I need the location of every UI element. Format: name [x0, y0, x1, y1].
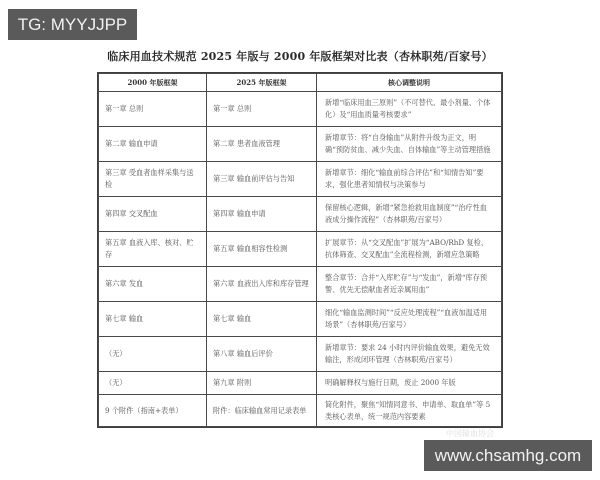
table-row: 第五章 血液入库、核对、贮存 第五章 输血相容性检测 扩展章节：从“交叉配血”扩…	[99, 232, 502, 267]
header-2000-framework: 2000 年版框架	[99, 74, 207, 92]
table-row: 第七章 输血 第七章 输血 细化“输血监测时间”“反应处理流程”“血液加温适用场…	[99, 302, 502, 337]
cell-2025: 第五章 输血相容性检测	[207, 232, 317, 267]
table-header-row: 2000 年版框架 2025 年版框架 核心调整说明	[99, 74, 502, 92]
header-core-adjustments: 核心调整说明	[317, 74, 502, 92]
watermark-badge-top: TG: MYYJJPP	[8, 9, 137, 40]
cell-2000: 第六章 发血	[99, 267, 207, 302]
cell-2000: （无）	[99, 372, 207, 395]
table-row: 第二章 输血申请 第二章 患者血液管理 新增章节：将“自身输血”从附件升级为正文…	[99, 127, 502, 162]
cell-2000: （无）	[99, 337, 207, 372]
cell-2000: 第七章 输血	[99, 302, 207, 337]
cell-2000: 9 个附件（指南+表单）	[99, 395, 207, 427]
header-2025-framework: 2025 年版框架	[207, 74, 317, 92]
cell-2025: 第四章 输血申请	[207, 197, 317, 232]
cell-note: 简化附件，聚焦“知情同意书、申请单、取血单”等 5 类核心表单，统一规范内容要素	[317, 395, 502, 427]
cell-2025: 第九章 附则	[207, 372, 317, 395]
cell-2000: 第三章 受血者血样采集与送检	[99, 162, 207, 197]
table-row: 第四章 交叉配血 第四章 输血申请 保留核心逻辑，新增“紧急抢救用血制度”“治疗…	[99, 197, 502, 232]
table-row: （无） 第八章 输血后评价 新增章节：要求 24 小时内评价输血效果，避免无效输…	[99, 337, 502, 372]
cell-note: 新增章节：细化“输血前综合评估”和“知情告知”要求，强化患者知情权与决策参与	[317, 162, 502, 197]
table-row: 第六章 发血 第六章 血液出入库和库存管理 整合章节：合并“入库贮存”与“发血”…	[99, 267, 502, 302]
cell-2025: 第六章 血液出入库和库存管理	[207, 267, 317, 302]
cell-2025: 第一章 总则	[207, 92, 317, 127]
cell-note: 新增章节：要求 24 小时内评价输血效果，避免无效输注，形成闭环管理（杏林职苑/…	[317, 337, 502, 372]
cell-2025: 第三章 输血前评估与告知	[207, 162, 317, 197]
cell-note: 整合章节：合并“入库贮存”与“发血”，新增“库存预警、优先无偿献血者近亲属用血”	[317, 267, 502, 302]
table-row: 第一章 总则 第一章 总则 新增“临床用血三原则”（不可替代、最小剂量、个体化）…	[99, 92, 502, 127]
cell-2000: 第四章 交叉配血	[99, 197, 207, 232]
cell-2000: 第二章 输血申请	[99, 127, 207, 162]
cell-2025: 第八章 输血后评价	[207, 337, 317, 372]
cell-note: 新增“临床用血三原则”（不可替代、最小剂量、个体化）及“用血质量考核要求”	[317, 92, 502, 127]
cell-2025: 第二章 患者血液管理	[207, 127, 317, 162]
cell-note: 明确解释权与施行日期，废止 2000 年版	[317, 372, 502, 395]
cell-note: 保留核心逻辑，新增“紧急抢救用血制度”“治疗性血液成分操作流程”（杏林职苑/百家…	[317, 197, 502, 232]
cell-2000: 第一章 总则	[99, 92, 207, 127]
table-row: 9 个附件（指南+表单） 附件：临床输血常用记录表单 简化附件，聚焦“知情同意书…	[99, 395, 502, 427]
cell-2025: 第七章 输血	[207, 302, 317, 337]
cell-note: 新增章节：将“自身输血”从附件升级为正文，明确“预防贫血、减少失血、自体输血”等…	[317, 127, 502, 162]
comparison-table: 2000 年版框架 2025 年版框架 核心调整说明 第一章 总则 第一章 总则…	[97, 72, 503, 428]
cell-note: 扩展章节：从“交叉配血”扩展为“ABO/RhD 复检、抗体筛查、交叉配血”全流程…	[317, 232, 502, 267]
table-row: （无） 第九章 附则 明确解释权与施行日期，废止 2000 年版	[99, 372, 502, 395]
watermark-badge-bottom: www.chsamhg.com	[424, 440, 592, 471]
cell-2000: 第五章 血液入库、核对、贮存	[99, 232, 207, 267]
table-row: 第三章 受血者血样采集与送检 第三章 输血前评估与告知 新增章节：细化“输血前综…	[99, 162, 502, 197]
cell-note: 细化“输血监测时间”“反应处理流程”“血液加温适用场景”（杏林职苑/百家号）	[317, 302, 502, 337]
document-title: 临床用血技术规范 2025 年版与 2000 年版框架对比表（杏林职苑/百家号）	[0, 48, 600, 64]
cell-2025: 附件：临床输血常用记录表单	[207, 395, 317, 427]
